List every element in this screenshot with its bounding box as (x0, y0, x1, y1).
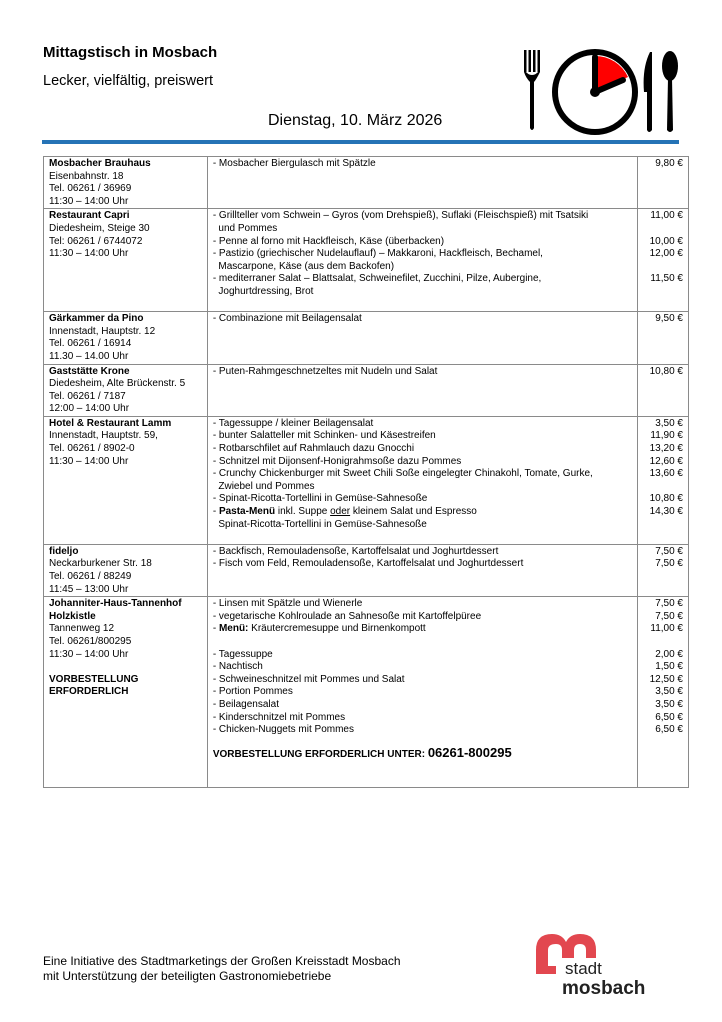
restaurant-detail: 11:30 – 14:00 Uhr (49, 456, 202, 469)
restaurant-detail: 11.30 – 14.00 Uhr (49, 351, 202, 364)
dish-item: - Pastizio (griechischer Nudelauflauf) –… (213, 248, 632, 261)
dish-price: 11,50 € (643, 273, 683, 286)
restaurant-detail: Diedesheim, Steige 30 (49, 223, 202, 236)
dish-item: - Backfisch, Remouladensoße, Kartoffelsa… (213, 546, 632, 559)
dish-price: 11,00 € (643, 623, 683, 636)
dish-price: 7,50 € (643, 598, 683, 611)
restaurant-row: fideljoNeckarburkener Str. 18Tel. 06261 … (44, 544, 689, 596)
extra-item: - Portion Pommes (213, 686, 632, 699)
restaurant-row: Gärkammer da PinoInnenstadt, Hauptstr. 1… (44, 312, 689, 364)
spacer (643, 636, 683, 649)
dish-item-continued: Joghurtdressing, Brot (213, 286, 632, 299)
price-spacer (643, 261, 683, 274)
dish-item: - Crunchy Chickenburger mit Sweet Chili … (213, 468, 632, 481)
extra-item: - Chicken-Nuggets mit Pommes (213, 724, 632, 737)
extra-item: - Tagessuppe (213, 649, 632, 662)
spacer (213, 761, 632, 774)
dish-price: 11,90 € (643, 430, 683, 443)
prices-cell: 3,50 €11,90 €13,20 €12,60 €13,60 €10,80 … (638, 416, 689, 544)
extra-price: 1,50 € (643, 661, 683, 674)
dishes-cell: - Mosbacher Biergulasch mit Spätzle (207, 157, 637, 209)
restaurant-info-cell: Mosbacher BrauhausEisenbahnstr. 18Tel. 0… (44, 157, 208, 209)
logo-word-stadt: stadt (565, 961, 602, 977)
spacer (49, 661, 202, 674)
dish-item: - Linsen mit Spätzle und Wienerle (213, 598, 632, 611)
restaurant-detail: 12:00 – 14:00 Uhr (49, 403, 202, 416)
restaurant-name: Gärkammer da Pino (49, 313, 202, 326)
spacer (213, 531, 632, 544)
dish-price: 10,00 € (643, 236, 683, 249)
footer-line-2: mit Unterstützung der beteiligten Gastro… (43, 969, 401, 984)
dish-item: - Rotbarschfilet auf Rahmlauch dazu Gnoc… (213, 443, 632, 456)
price-spacer (643, 223, 683, 236)
restaurant-detail: Innenstadt, Hauptstr. 12 (49, 326, 202, 339)
extra-item: - Nachtisch (213, 661, 632, 674)
restaurant-info-cell: Restaurant CapriDiedesheim, Steige 30Tel… (44, 209, 208, 312)
restaurant-detail: 11:45 – 13:00 Uhr (49, 584, 202, 597)
restaurant-row: Restaurant CapriDiedesheim, Steige 30Tel… (44, 209, 689, 312)
page-title: Mittagstisch in Mosbach (43, 44, 217, 61)
dish-price: 10,80 € (643, 493, 683, 506)
page-subtitle: Lecker, vielfältig, preiswert (43, 73, 213, 89)
footer-text: Eine Initiative des Stadtmarketings der … (43, 954, 401, 984)
restaurant-detail: Tel: 06261 / 6744072 (49, 236, 202, 249)
restaurant-detail: Eisenbahnstr. 18 (49, 171, 202, 184)
dish-price: 10,80 € (643, 366, 683, 379)
restaurant-info-cell: fideljoNeckarburkener Str. 18Tel. 06261 … (44, 544, 208, 596)
dish-price: 13,60 € (643, 468, 683, 481)
dishes-cell: - Grillteller vom Schwein – Gyros (vom D… (207, 209, 637, 312)
prices-cell: 9,80 € (638, 157, 689, 209)
restaurant-name: Gaststätte Krone (49, 366, 202, 379)
dish-item: - Grillteller vom Schwein – Gyros (vom D… (213, 210, 632, 223)
dish-price: 3,50 € (643, 418, 683, 431)
restaurant-detail: 11:30 – 14:00 Uhr (49, 248, 202, 261)
restaurant-detail: Tannenweg 12 (49, 623, 202, 636)
restaurant-detail: Tel. 06261 / 8902-0 (49, 443, 202, 456)
spacer (213, 774, 632, 787)
prices-cell: 11,00 €10,00 €12,00 €11,50 € (638, 209, 689, 312)
dishes-cell: - Combinazione mit Beilagensalat (207, 312, 637, 364)
dish-item: - Tagessuppe / kleiner Beilagensalat (213, 418, 632, 431)
extra-price: 12,50 € (643, 674, 683, 687)
dishes-cell: - Tagessuppe / kleiner Beilagensalat- bu… (207, 416, 637, 544)
dish-item-pasta-menu: - Pasta-Menü inkl. Suppe oder kleinem Sa… (213, 506, 632, 519)
prices-cell: 7,50 €7,50 € (638, 544, 689, 596)
restaurant-detail: Tel. 06261 / 7187 (49, 391, 202, 404)
dish-price: 11,00 € (643, 210, 683, 223)
restaurant-detail: 11:30 – 14:00 Uhr (49, 196, 202, 209)
spacer (213, 299, 632, 312)
restaurant-info-cell: Johanniter-Haus-TannenhofHolzkistleTanne… (44, 597, 208, 787)
dish-item: - bunter Salatteller mit Schinken- und K… (213, 430, 632, 443)
dish-price: 9,50 € (643, 313, 683, 326)
dish-bold-label: Pasta-Menü (219, 506, 275, 517)
restaurant-name: Mosbacher Brauhaus (49, 158, 202, 171)
preorder-label: VORBESTELLUNG ERFORDERLICH UNTER: (213, 749, 428, 760)
restaurant-detail: Tel. 06261/800295 (49, 636, 202, 649)
dish-price: 9,80 € (643, 158, 683, 171)
extra-item: - Kinderschnitzel mit Pommes (213, 712, 632, 725)
dish-item: - Penne al forno mit Hackfleisch, Käse (… (213, 236, 632, 249)
dish-item-continued: Mascarpone, Käse (aus dem Backofen) (213, 261, 632, 274)
restaurant-name: Hotel & Restaurant Lamm (49, 418, 202, 431)
dish-item: - Mosbacher Biergulasch mit Spätzle (213, 158, 632, 171)
extra-item: - Beilagensalat (213, 699, 632, 712)
dish-price: 7,50 € (643, 558, 683, 571)
dish-item-continued: und Pommes (213, 223, 632, 236)
plate-clock-cutlery-icon (520, 42, 685, 137)
dish-item: - Fisch vom Feld, Remouladensoße, Kartof… (213, 558, 632, 571)
restaurant-info-cell: Gärkammer da PinoInnenstadt, Hauptstr. 1… (44, 312, 208, 364)
logo-word-mosbach: mosbach (562, 978, 645, 1000)
price-spacer (643, 519, 683, 532)
dish-item: - mediterraner Salat – Blattsalat, Schwe… (213, 273, 632, 286)
restaurant-row: Hotel & Restaurant LammInnenstadt, Haupt… (44, 416, 689, 544)
dish-price: 7,50 € (643, 546, 683, 559)
dishes-cell: - Linsen mit Spätzle und Wienerle- veget… (207, 597, 637, 787)
dish-price: 7,50 € (643, 611, 683, 624)
restaurant-name: Johanniter-Haus-Tannenhof (49, 598, 202, 611)
price-spacer (643, 481, 683, 494)
dish-underlined-word: oder (330, 506, 350, 517)
dishes-cell: - Puten-Rahmgeschnetzeltes mit Nudeln un… (207, 364, 637, 416)
restaurant-info-cell: Hotel & Restaurant LammInnenstadt, Haupt… (44, 416, 208, 544)
dish-item-continued: Zwiebel und Pommes (213, 481, 632, 494)
restaurant-name-line-2: Holzkistle (49, 611, 202, 624)
restaurant-detail: 11:30 – 14:00 Uhr (49, 649, 202, 662)
dish-bold-label: Menü: (219, 623, 248, 634)
dish-item: - Spinat-Ricotta-Tortellini in Gemüse-Sa… (213, 493, 632, 506)
restaurant-row: Mosbacher BrauhausEisenbahnstr. 18Tel. 0… (44, 157, 689, 209)
price-spacer (643, 286, 683, 299)
extra-item: - Schweineschnitzel mit Pommes und Salat (213, 674, 632, 687)
extra-price: 6,50 € (643, 724, 683, 737)
dish-item: - Puten-Rahmgeschnetzeltes mit Nudeln un… (213, 366, 632, 379)
extra-price: 3,50 € (643, 699, 683, 712)
restaurant-detail: Innenstadt, Hauptstr. 59, (49, 430, 202, 443)
dish-price: 14,30 € (643, 506, 683, 519)
extra-price: 6,50 € (643, 712, 683, 725)
restaurant-detail: Diedesheim, Alte Brückenstr. 5 (49, 378, 202, 391)
dish-item: - vegetarische Kohlroulade an Sahnesoße … (213, 611, 632, 624)
spacer (213, 636, 632, 649)
preorder-phone-note: VORBESTELLUNG ERFORDERLICH UNTER: 06261-… (213, 747, 632, 762)
restaurant-detail: Tel. 06261 / 88249 (49, 571, 202, 584)
restaurant-detail: Neckarburkener Str. 18 (49, 558, 202, 571)
dish-price: 12,00 € (643, 248, 683, 261)
prices-cell: 10,80 € (638, 364, 689, 416)
prices-cell: 9,50 € (638, 312, 689, 364)
menu-date: Dienstag, 10. März 2026 (268, 112, 442, 130)
restaurant-name: Restaurant Capri (49, 210, 202, 223)
preorder-notice: ERFORDERLICH (49, 686, 202, 699)
preorder-notice: VORBESTELLUNG (49, 674, 202, 687)
preorder-phone: 06261-800295 (428, 745, 512, 760)
dish-item: - Combinazione mit Beilagensalat (213, 313, 632, 326)
header-divider (42, 140, 679, 144)
dish-price: 13,20 € (643, 443, 683, 456)
dishes-cell: - Backfisch, Remouladensoße, Kartoffelsa… (207, 544, 637, 596)
restaurant-row: Gaststätte KroneDiedesheim, Alte Brücken… (44, 364, 689, 416)
dish-item-continued: Spinat-Ricotta-Tortellini in Gemüse-Sahn… (213, 519, 632, 532)
dish-item: - Schnitzel mit Dijonsenf-Honigrahmsoße … (213, 456, 632, 469)
restaurant-detail: Tel. 06261 / 36969 (49, 183, 202, 196)
restaurant-detail: Tel. 06261 / 16914 (49, 338, 202, 351)
restaurant-name: fideljo (49, 546, 202, 559)
dish-price: 12,60 € (643, 456, 683, 469)
dish-item-menu: - Menü: Kräutercremesuppe und Birnenkomp… (213, 623, 632, 636)
extra-price: 3,50 € (643, 686, 683, 699)
restaurant-info-cell: Gaststätte KroneDiedesheim, Alte Brücken… (44, 364, 208, 416)
extra-price: 2,00 € (643, 649, 683, 662)
footer-line-1: Eine Initiative des Stadtmarketings der … (43, 954, 401, 969)
prices-cell: 7,50 €7,50 €11,00 €2,00 €1,50 €12,50 €3,… (638, 597, 689, 787)
lunch-menu-table: Mosbacher BrauhausEisenbahnstr. 18Tel. 0… (43, 156, 689, 788)
restaurant-row: Johanniter-Haus-TannenhofHolzkistleTanne… (44, 597, 689, 787)
